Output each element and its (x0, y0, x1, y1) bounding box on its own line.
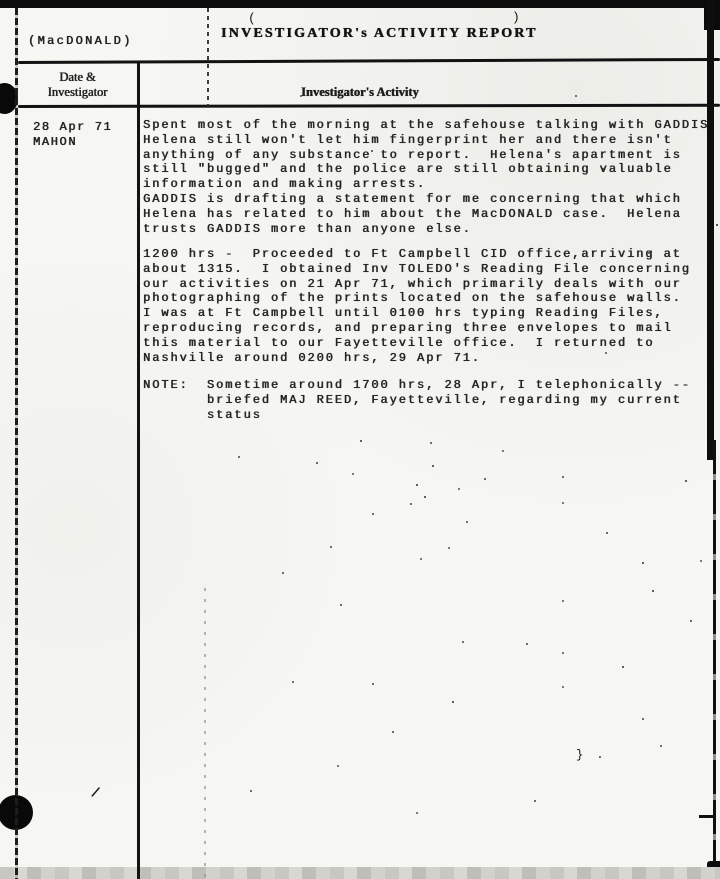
scan-top-edge (0, 0, 720, 8)
stray-tick-mark: / (89, 785, 101, 802)
left-margin-line (15, 8, 18, 879)
header-divider-dashed-line (207, 8, 209, 106)
stray-corner-mark: } . (576, 748, 607, 762)
faint-dotted-line (204, 588, 206, 879)
case-label: (MacDONALD) (28, 34, 133, 48)
entry-date: 28 Apr 71 (33, 120, 112, 134)
scanned-document-page: (MacDONALD) INVESTIGATOR's ACTIVITY REPO… (0, 0, 720, 879)
stray-paren-mark-right: ) (512, 10, 520, 25)
entry-investigator-name: MAHON (33, 135, 77, 149)
activity-paragraph-2: 1200 hrs - Proceeded to Ft Campbell CID … (143, 247, 691, 365)
scan-noise-speckles (0, 0, 2, 2)
scan-bottom-band (0, 867, 720, 879)
scan-right-edge-line (713, 440, 716, 879)
activity-paragraph-1: Spent most of the morning at the safehou… (143, 118, 709, 236)
activity-note-paragraph: NOTE: Sometime around 1700 hrs, 28 Apr, … (143, 378, 691, 422)
column-header-activity: Investigator's Activity (301, 85, 419, 100)
header-rule-line (18, 58, 720, 64)
column-divider-line (137, 63, 140, 879)
column-header-rule-line (18, 104, 720, 108)
scan-right-tick (699, 815, 714, 818)
report-title: INVESTIGATOR's ACTIVITY REPORT (221, 26, 538, 42)
column-header-date-investigator: Date & Investigator (18, 70, 137, 100)
stray-paren-mark-left: ( (248, 11, 256, 26)
